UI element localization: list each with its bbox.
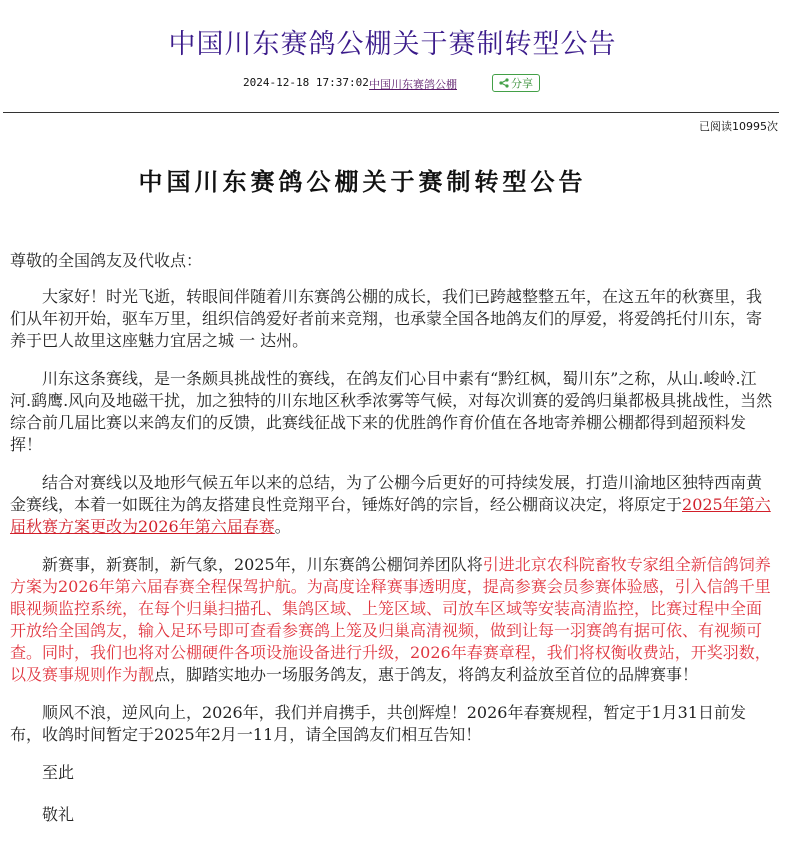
- document-title: 中国川东赛鸽公棚关于赛制转型公告: [0, 162, 725, 197]
- greeting: 尊敬的全国鸽友及代收点：: [10, 250, 776, 272]
- paragraph-3-text: 结合对赛线以及地形气候五年以来的总结，为了公棚今后更好的可持续发展，打造川渝地区…: [10, 473, 762, 514]
- paragraph-4-intro: 新赛事，新赛制，新气象，2025年，川东赛鸽公棚饲养团队将: [42, 555, 483, 574]
- paragraph-3-end: 。: [275, 517, 291, 536]
- publish-date: 2024-12-18 17:37:02: [243, 76, 369, 89]
- paragraph-3: 结合对赛线以及地形气候五年以来的总结，为了公棚今后更好的可持续发展，打造川渝地区…: [10, 472, 776, 538]
- share-icon: [499, 78, 509, 88]
- closing-2: 敬礼: [10, 804, 776, 826]
- page-title: 中国川东赛鸽公棚关于赛制转型公告: [0, 22, 785, 61]
- paragraph-4-end: 点，脚踏实地办一场服务鸽友，惠于鸽友，将鸽友利益放至首位的品牌赛事！: [154, 665, 698, 684]
- paragraph-4: 新赛事，新赛制，新气象，2025年，川东赛鸽公棚饲养团队将引进北京农科院畜牧专家…: [10, 554, 776, 686]
- paragraph-5: 顺风不浪，逆风向上，2026年，我们并肩携手，共创辉煌！2026年春赛规程，暂定…: [10, 702, 776, 746]
- closing-1: 至此: [10, 762, 776, 784]
- share-label: 分享: [511, 75, 533, 91]
- share-button[interactable]: 分享: [492, 74, 540, 92]
- article-body: 尊敬的全国鸽友及代收点： 大家好！时光飞逝，转眼间伴随着川东赛鸽公棚的成长，我们…: [10, 250, 776, 846]
- paragraph-2: 川东这条赛线，是一条颇具挑战性的赛线，在鸽友们心目中素有“黔红枫，蜀川东”之称，…: [10, 368, 776, 456]
- source-link[interactable]: 中国川东赛鸽公棚: [369, 76, 457, 92]
- read-count: 已阅读10995次: [699, 118, 778, 134]
- paragraph-1: 大家好！时光飞逝，转眼间伴随着川东赛鸽公棚的成长，我们已跨越整整五年，在这五年的…: [10, 286, 776, 352]
- header-divider: [3, 112, 779, 113]
